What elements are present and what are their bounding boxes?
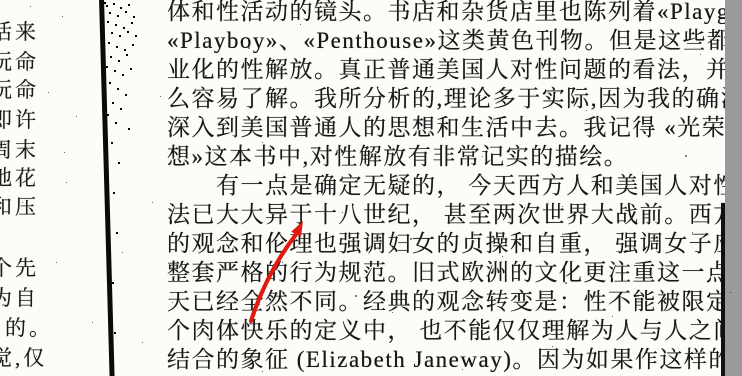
text-line: 想»这本书中,对性解放有非常记实的描绘。 xyxy=(167,142,719,171)
text-line: 天已经全然不同。经典的观念转变是：性不能被限定在一 xyxy=(167,287,719,316)
margin-text-line: 周末 xyxy=(0,136,61,164)
margin-text-line: 为自 xyxy=(0,284,61,312)
margin-text-line: 和压 xyxy=(0,193,61,221)
margin-text-line: 玩命 xyxy=(0,48,61,76)
binding-gutter-line xyxy=(99,0,115,376)
binding-speckle-noise xyxy=(104,2,106,4)
margin-text-line: 个先 xyxy=(0,254,61,282)
text-line: 整套严格的行为规范。旧式欧洲的文化更注重这一点。今 xyxy=(167,258,719,287)
text-line: 体和性活动的镜头。书店和杂货店里也陈列着«Playgirl»、 xyxy=(167,0,719,26)
text-line: 深入到美国普通人的思想和生活中去。我记得 «光荣与梦 xyxy=(167,113,719,142)
margin-text-line: 觉,仅 xyxy=(0,344,61,372)
scan-noise xyxy=(0,0,2,2)
scanned-book-page: 话来 玩命 玩命 即许 周末 地花 和压 个先 为自 的。 觉,仅 体和性活动的… xyxy=(0,0,742,376)
text-line: 么容易了解。我所分析的,理论多于实际,因为我的确没有 xyxy=(167,84,719,113)
text-line: 结合的象征 (Elizabeth Janeway)。因为如果作这样的理 xyxy=(167,345,719,374)
margin-text-line: 玩命 xyxy=(0,76,61,104)
page-edge-line xyxy=(721,203,725,376)
text-line: 法已大大异于十八世纪， 甚至两次世界大战前。西方传统 xyxy=(167,200,719,229)
text-line: «Playboy»、«Penthouse»这类黄色刊物。但是这些都是商 xyxy=(167,26,719,55)
text-line: 业化的性解放。真正普通美国人对性问题的看法，并不那 xyxy=(167,55,719,84)
main-text-block: 体和性活动的镜头。书店和杂货店里也陈列着«Playgirl»、 «Playboy… xyxy=(167,0,719,374)
text-line: 的观念和伦理也强调妇女的贞操和自重， 强调女子应有一 xyxy=(167,229,719,258)
text-line: 有一点是确定无疑的， 今天西方人和美国人对性的看 xyxy=(167,171,719,200)
margin-text-line: 的。 xyxy=(5,314,75,342)
margin-text-line: 地花 xyxy=(0,164,61,192)
margin-text-line: 即许 xyxy=(0,106,61,134)
scan-edge-band xyxy=(725,0,742,376)
margin-text-line: 话来 xyxy=(0,18,61,46)
text-line: 个肉体快乐的定义中， 也不能仅仅理解为人与人之间深深 xyxy=(167,316,719,345)
